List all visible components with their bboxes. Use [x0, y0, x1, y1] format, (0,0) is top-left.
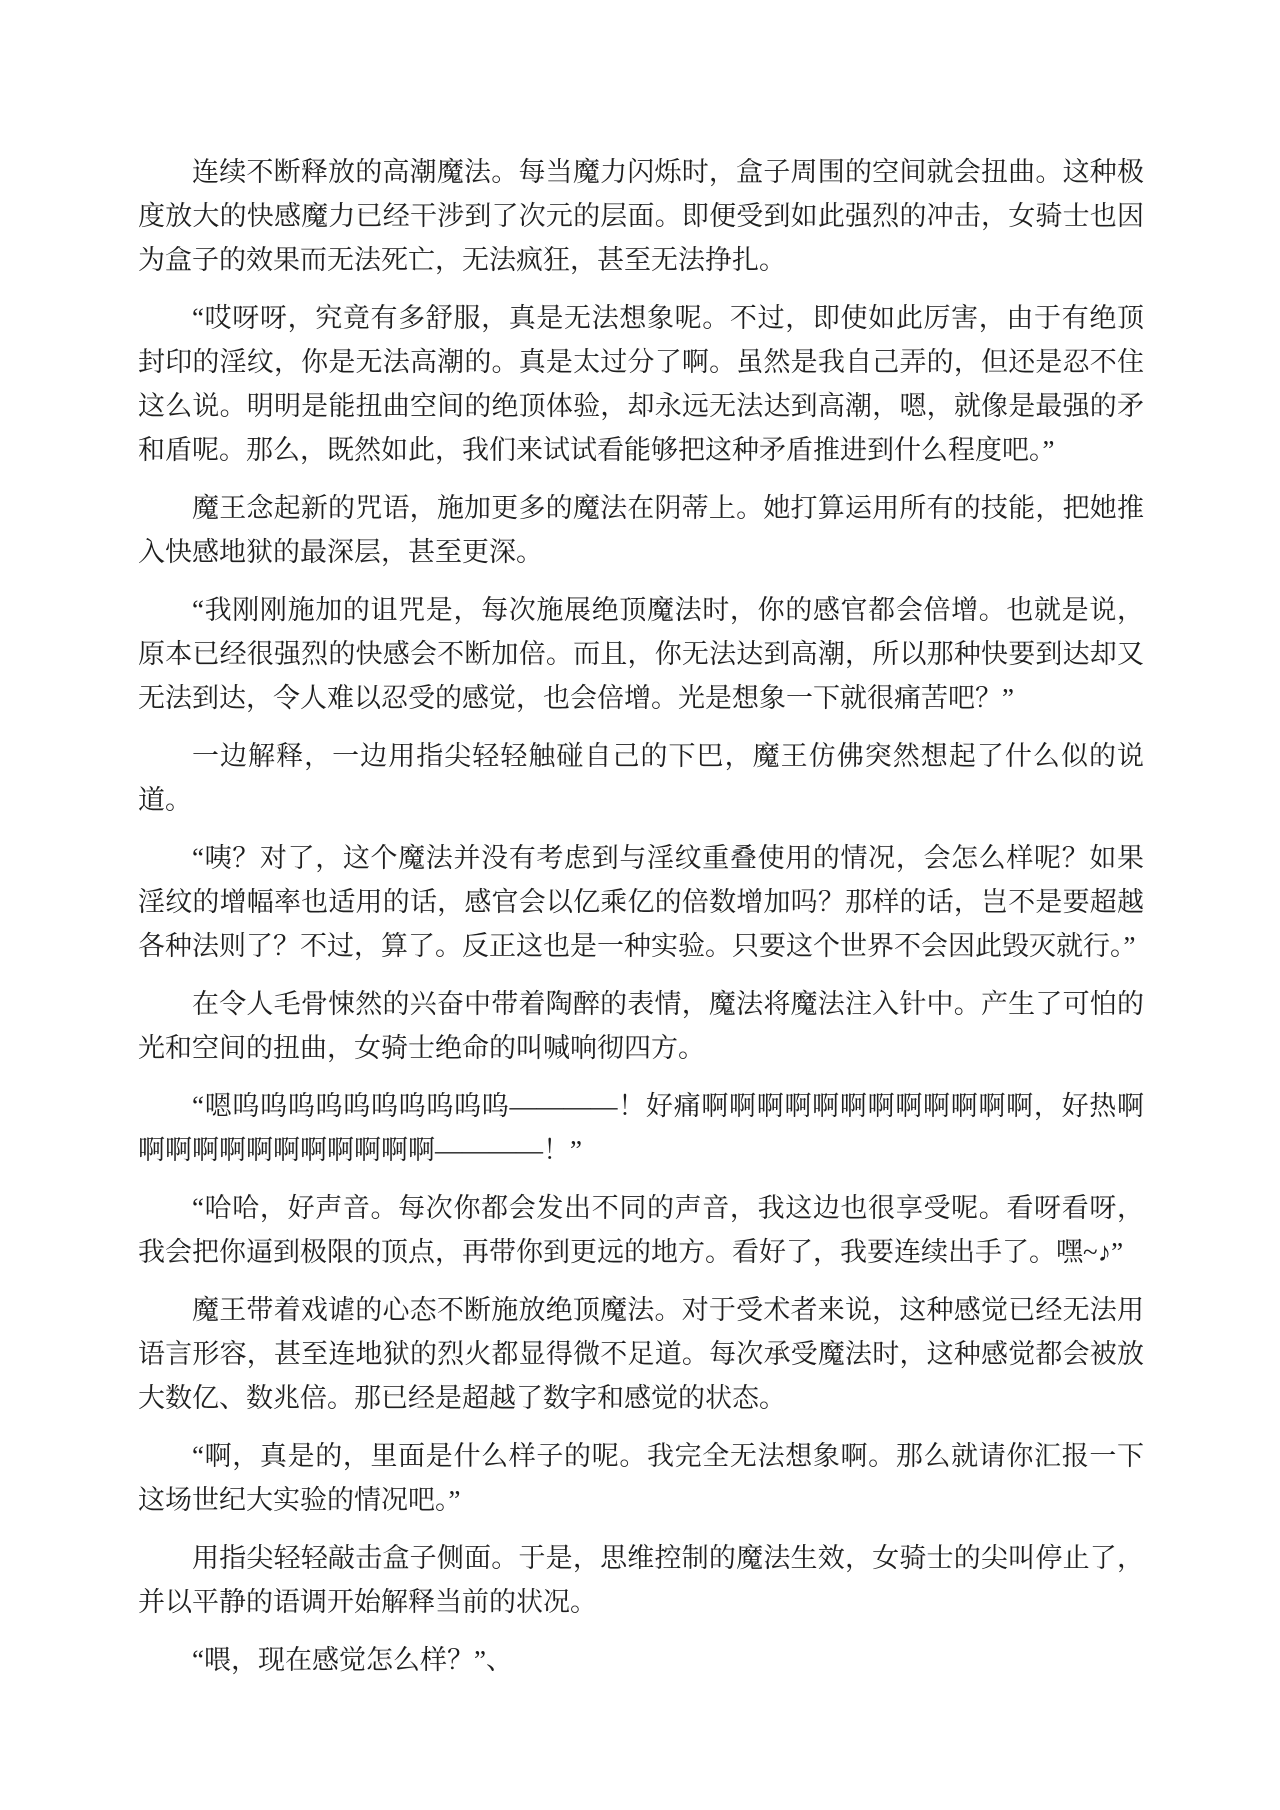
paragraph: “哈哈，好声音。每次你都会发出不同的声音，我这边也很享受呢。看呀看呀，我会把你逼…: [138, 1186, 1144, 1274]
paragraph: “我刚刚施加的诅咒是，每次施展绝顶魔法时，你的感官都会倍增。也就是说，原本已经很…: [138, 588, 1144, 720]
paragraph: “嗯呜呜呜呜呜呜呜呜呜呜————！好痛啊啊啊啊啊啊啊啊啊啊啊啊，好热啊啊啊啊啊啊…: [138, 1084, 1144, 1172]
paragraph: 在令人毛骨悚然的兴奋中带着陶醉的表情，魔法将魔法注入针中。产生了可怕的光和空间的…: [138, 982, 1144, 1070]
text-content: 连续不断释放的高潮魔法。每当魔力闪烁时，盒子周围的空间就会扭曲。这种极度放大的快…: [138, 150, 1144, 1682]
paragraph: “咦？对了，这个魔法并没有考虑到与淫纹重叠使用的情况，会怎么样呢？如果淫纹的增幅…: [138, 836, 1144, 968]
document-page: 连续不断释放的高潮魔法。每当魔力闪烁时，盒子周围的空间就会扭曲。这种极度放大的快…: [0, 0, 1280, 1810]
paragraph: 连续不断释放的高潮魔法。每当魔力闪烁时，盒子周围的空间就会扭曲。这种极度放大的快…: [138, 150, 1144, 282]
paragraph: 魔王念起新的咒语，施加更多的魔法在阴蒂上。她打算运用所有的技能，把她推入快感地狱…: [138, 486, 1144, 574]
paragraph: “喂，现在感觉怎么样？”、: [138, 1638, 1144, 1682]
paragraph: “哎呀呀，究竟有多舒服，真是无法想象呢。不过，即使如此厉害，由于有绝顶封印的淫纹…: [138, 296, 1144, 472]
paragraph: 一边解释，一边用指尖轻轻触碰自己的下巴，魔王仿佛突然想起了什么似的说道。: [138, 734, 1144, 822]
paragraph: 魔王带着戏谑的心态不断施放绝顶魔法。对于受术者来说，这种感觉已经无法用语言形容，…: [138, 1288, 1144, 1420]
paragraph: “啊，真是的，里面是什么样子的呢。我完全无法想象啊。那么就请你汇报一下这场世纪大…: [138, 1434, 1144, 1522]
paragraph: 用指尖轻轻敲击盒子侧面。于是，思维控制的魔法生效，女骑士的尖叫停止了，并以平静的…: [138, 1536, 1144, 1624]
